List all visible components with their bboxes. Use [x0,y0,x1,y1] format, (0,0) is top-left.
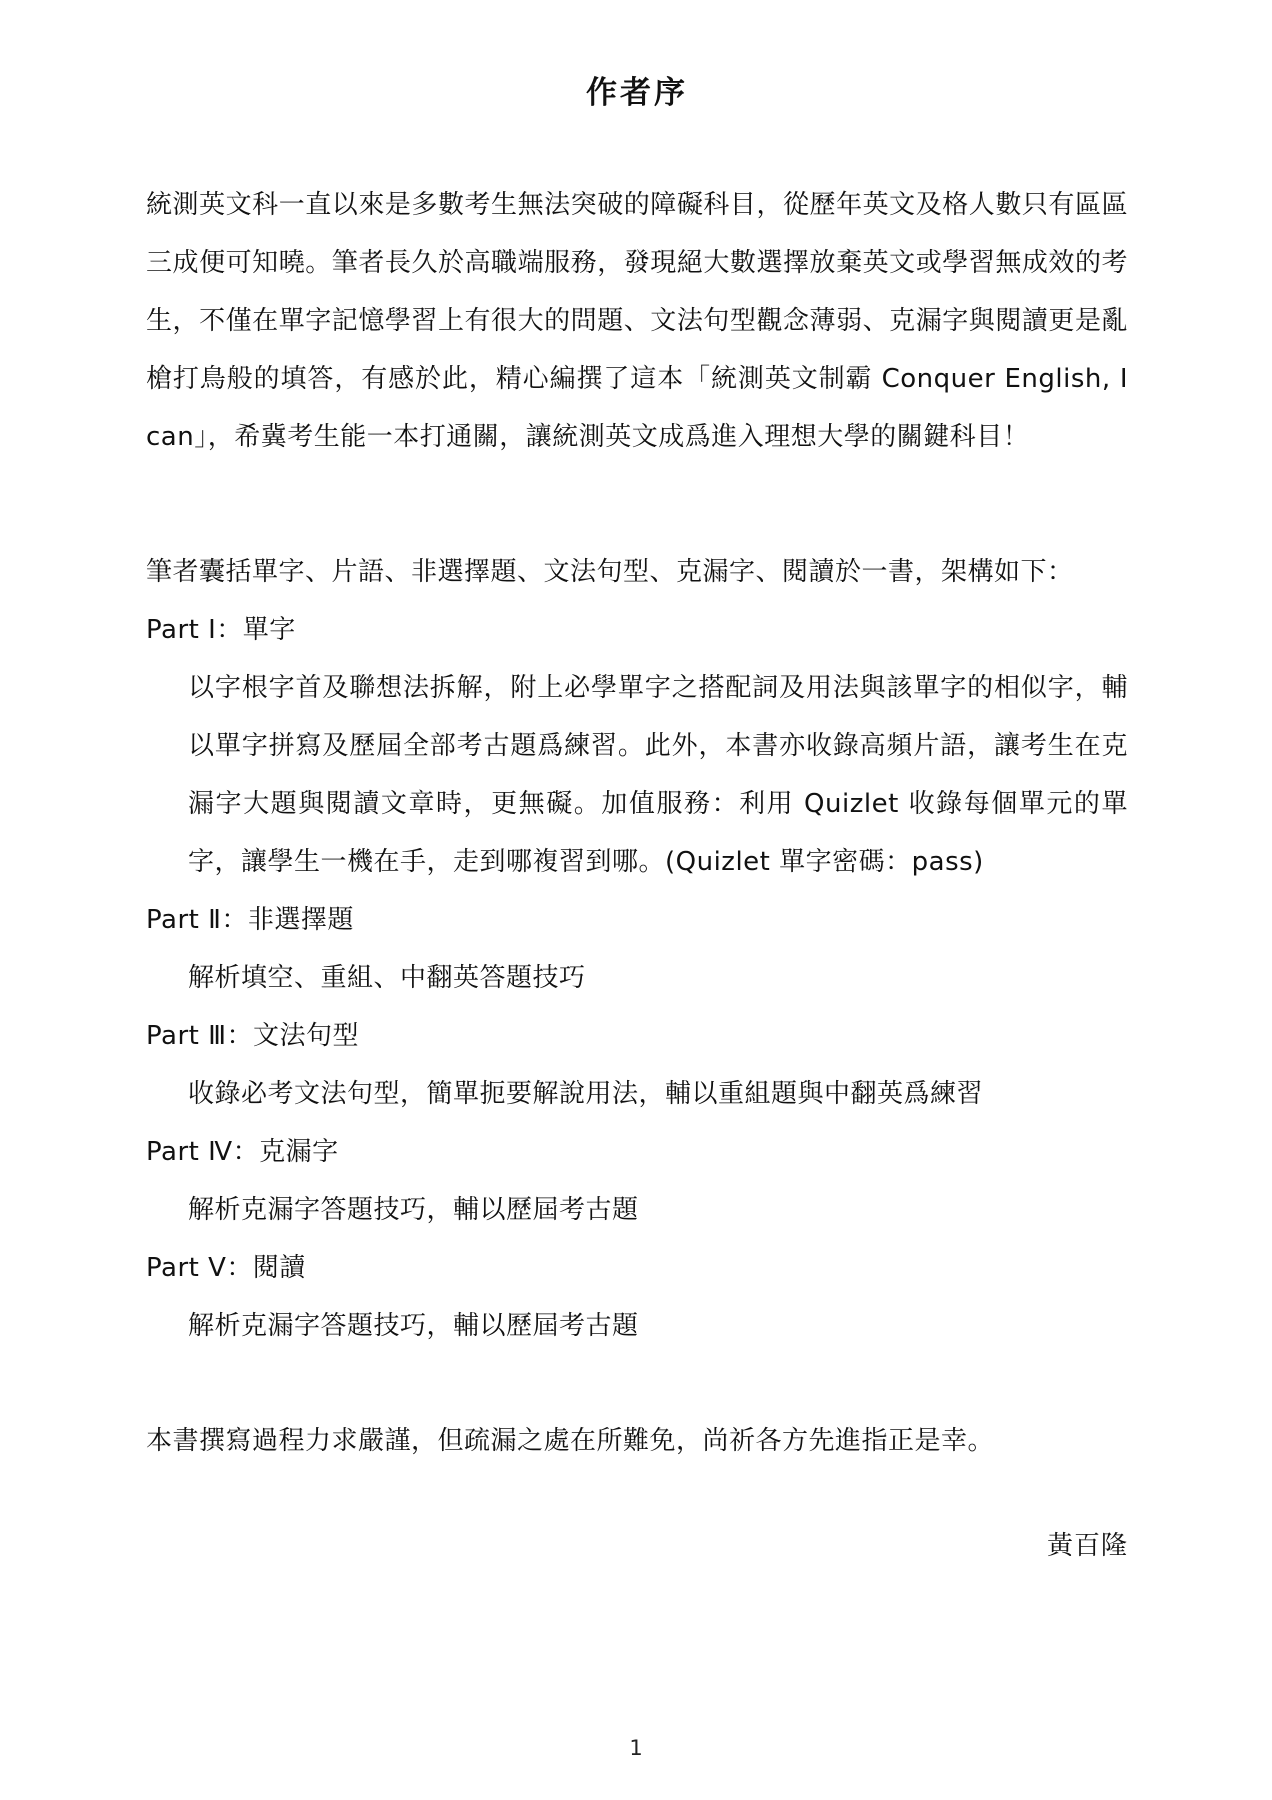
part-2-label: Part Ⅱ：非選擇題 [146,891,1128,949]
part-5-label: Part Ⅴ：閱讀 [146,1239,1128,1297]
structure-intro-paragraph: 筆者囊括單字、片語、非選擇題、文法句型、克漏字、閱讀於一書，架構如下： [146,543,1128,601]
part-4-description: 解析克漏字答題技巧，輔以歷屆考古題 [146,1181,1128,1239]
part-3-label: Part Ⅲ：文法句型 [146,1007,1128,1065]
author-name: 黃百隆 [146,1517,1128,1575]
part-3-description: 收錄必考文法句型，簡單扼要解說用法，輔以重組題與中翻英爲練習 [146,1065,1128,1123]
part-1-description: 以字根字首及聯想法拆解，附上必學單字之搭配詞及用法與該單字的相似字，輔以單字拼寫… [146,659,1128,891]
page-number: 1 [0,1736,1272,1760]
part-4-label: Part Ⅳ：克漏字 [146,1123,1128,1181]
intro-paragraph: 統測英文科一直以來是多數考生無法突破的障礙科目，從歷年英文及格人數只有區區三成便… [146,176,1128,466]
part-2-description: 解析填空、重組、中翻英答題技巧 [146,949,1128,1007]
document-content: 作者序 統測英文科一直以來是多數考生無法突破的障礙科目，從歷年英文及格人數只有區… [146,0,1128,1575]
part-1-label: Part Ⅰ：單字 [146,601,1128,659]
closing-paragraph: 本書撰寫過程力求嚴謹，但疏漏之處在所難免，尚祈各方先進指正是幸。 [146,1412,1128,1470]
part-5-section: Part Ⅴ：閱讀 解析克漏字答題技巧，輔以歷屆考古題 [146,1239,1128,1355]
part-5-description: 解析克漏字答題技巧，輔以歷屆考古題 [146,1297,1128,1355]
page-title: 作者序 [146,0,1128,110]
document-page: 作者序 統測英文科一直以來是多數考生無法突破的障礙科目，從歷年英文及格人數只有區… [0,0,1272,1800]
part-2-section: Part Ⅱ：非選擇題 解析填空、重組、中翻英答題技巧 [146,891,1128,1007]
part-4-section: Part Ⅳ：克漏字 解析克漏字答題技巧，輔以歷屆考古題 [146,1123,1128,1239]
part-1-section: Part Ⅰ：單字 以字根字首及聯想法拆解，附上必學單字之搭配詞及用法與該單字的… [146,601,1128,891]
part-3-section: Part Ⅲ：文法句型 收錄必考文法句型，簡單扼要解說用法，輔以重組題與中翻英爲… [146,1007,1128,1123]
